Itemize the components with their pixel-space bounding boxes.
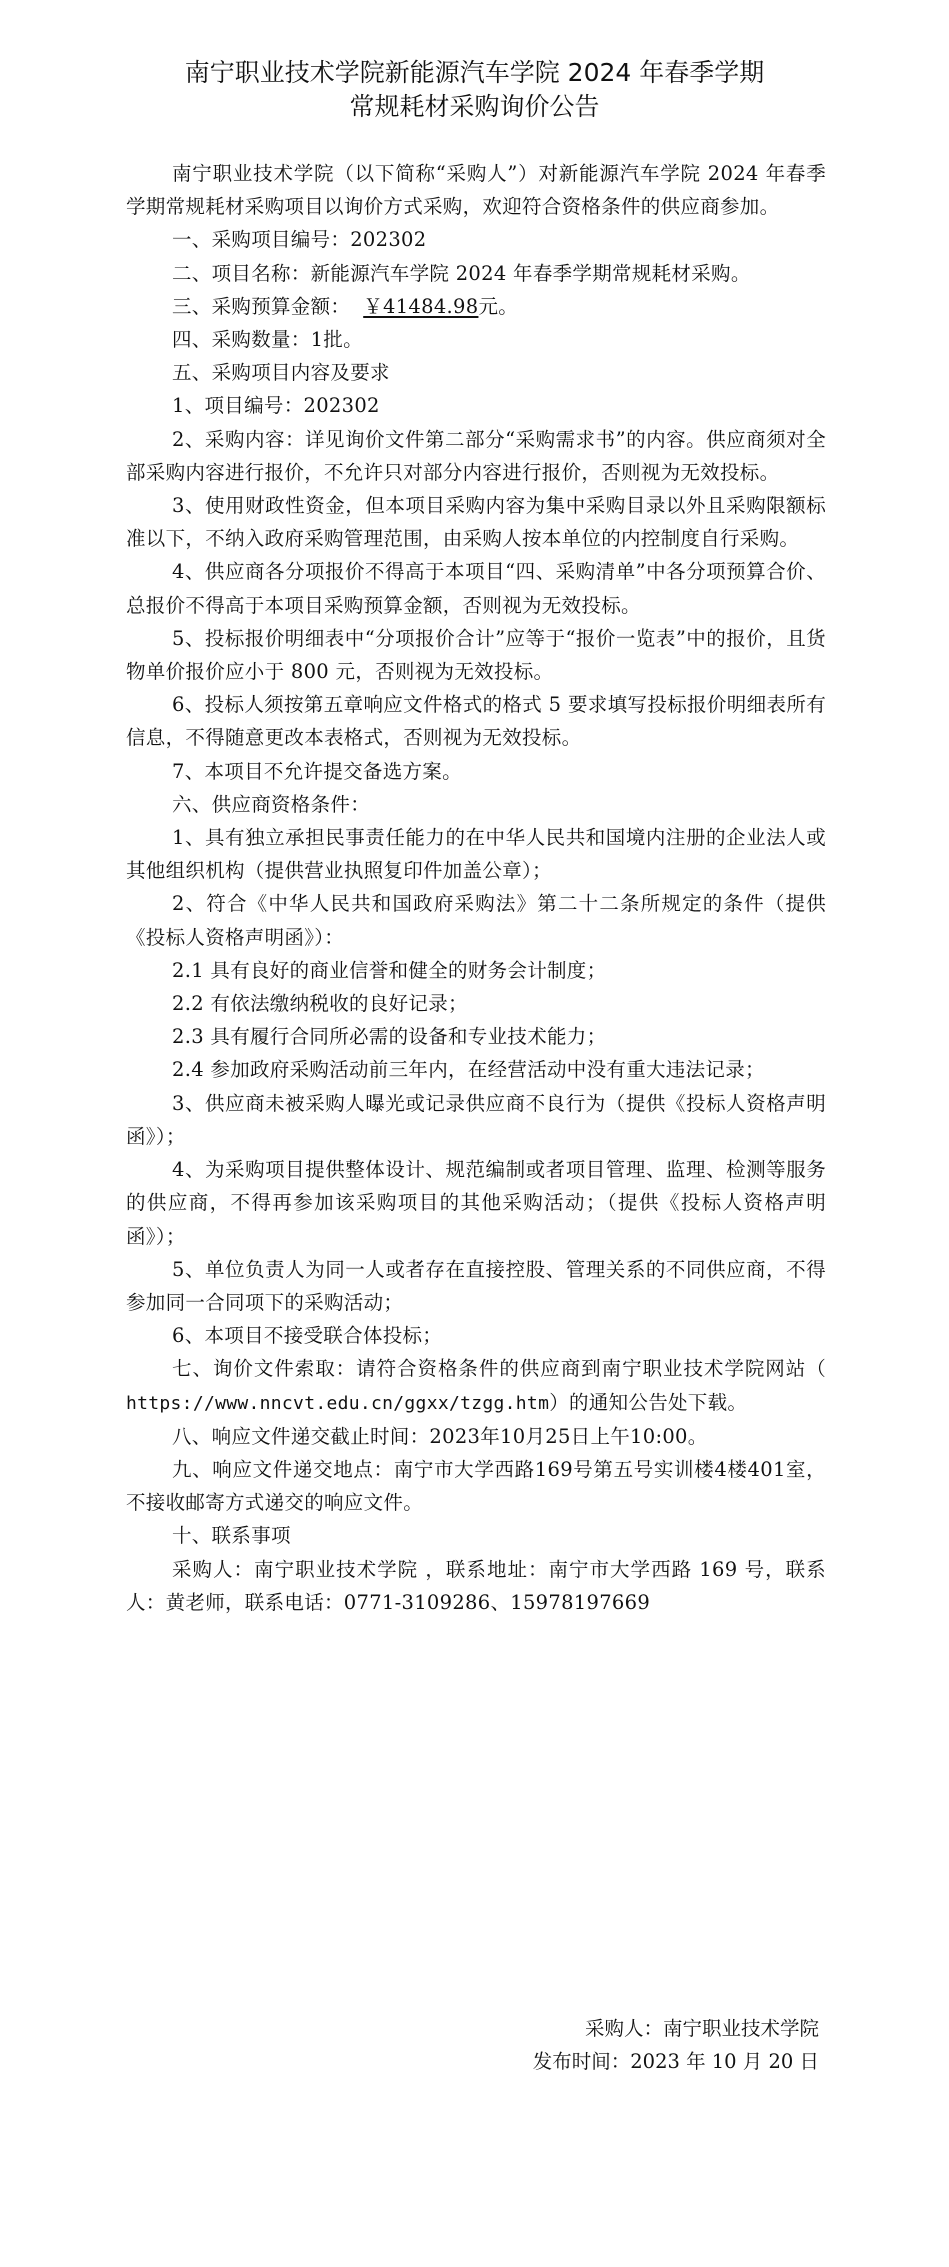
intro-paragraph: 南宁职业技术学院（以下简称“采购人”）对新能源汽车学院 2024 年春季学期常规… <box>126 157 826 223</box>
contact-heading: 十、联系事项 <box>126 1519 826 1552</box>
qualification-item: 2.3 具有履行合同所必需的设备和专业技术能力； <box>126 1020 826 1053</box>
signature-date: 发布时间：2023 年 10 月 20 日 <box>533 2045 819 2078</box>
content-item: 1、项目编号：202302 <box>126 389 826 422</box>
signature-purchaser: 采购人：南宁职业技术学院 <box>533 2012 819 2045</box>
deadline-line: 八、响应文件递交截止时间：2023年10月25日上午10:00。 <box>126 1420 826 1453</box>
download-text-post: ）的通知公告处下载。 <box>549 1391 747 1414</box>
qualification-item: 3、供应商未被采购人曝光或记录供应商不良行为（提供《投标人资格声明函》）； <box>126 1087 826 1153</box>
content-item: 4、供应商各分项报价不得高于本项目“四、采购清单”中各分项预算合价、总报价不得高… <box>126 555 826 621</box>
title-line-2: 常规耗材采购询价公告 <box>0 90 949 124</box>
document-download-line: 七、询价文件索取：请符合资格条件的供应商到南宁职业技术学院网站（ https:/… <box>126 1352 826 1419</box>
qualification-item: 6、本项目不接受联合体投标； <box>126 1319 826 1352</box>
content-item: 5、投标报价明细表中“分项报价合计”应等于“报价一览表”中的报价，且货物单价报价… <box>126 622 826 688</box>
title-line-1: 南宁职业技术学院新能源汽车学院 2024 年春季学期 <box>0 56 949 90</box>
section-content-heading: 五、采购项目内容及要求 <box>126 356 826 389</box>
budget-amount: ￥41484.98 <box>363 295 478 318</box>
location-line: 九、响应文件递交地点：南宁市大学西路169号第五号实训楼4楼401室，不接收邮寄… <box>126 1453 826 1519</box>
signature-block: 采购人：南宁职业技术学院 发布时间：2023 年 10 月 20 日 <box>533 2012 819 2078</box>
qualification-item: 2.2 有依法缴纳税收的良好记录； <box>126 987 826 1020</box>
content-item: 2、采购内容：详见询价文件第二部分“采购需求书”的内容。供应商须对全部采购内容进… <box>126 423 826 489</box>
qualification-item: 5、单位负责人为同一人或者存在直接控股、管理关系的不同供应商，不得参加同一合同项… <box>126 1253 826 1319</box>
project-number: 一、采购项目编号：202302 <box>126 223 826 256</box>
qualification-item: 4、为采购项目提供整体设计、规范编制或者项目管理、监理、检测等服务的供应商，不得… <box>126 1153 826 1253</box>
project-name: 二、项目名称：新能源汽车学院 2024 年春季学期常规耗材采购。 <box>126 257 826 290</box>
qualification-item: 2.4 参加政府采购活动前三年内，在经营活动中没有重大违法记录； <box>126 1053 826 1086</box>
content-item: 3、使用财政性资金，但本项目采购内容为集中采购目录以外且采购限额标准以下，不纳入… <box>126 489 826 555</box>
page-title: 南宁职业技术学院新能源汽车学院 2024 年春季学期 常规耗材采购询价公告 <box>0 56 949 124</box>
budget-label: 三、采购预算金额： <box>172 295 350 318</box>
budget-line: 三、采购预算金额： ￥41484.98元。 <box>126 290 826 323</box>
section-qualification-heading: 六、供应商资格条件： <box>126 788 826 821</box>
content-item: 7、本项目不允许提交备选方案。 <box>126 755 826 788</box>
qualification-item: 1、具有独立承担民事责任能力的在中华人民共和国境内注册的企业法人或其他组织机构（… <box>126 821 826 887</box>
announcement-page: 南宁职业技术学院新能源汽车学院 2024 年春季学期 常规耗材采购询价公告 南宁… <box>0 0 949 2267</box>
contact-details: 采购人：南宁职业技术学院 ，联系地址：南宁市大学西路 169 号，联系人：黄老师… <box>126 1553 826 1619</box>
qualification-item: 2、符合《中华人民共和国政府采购法》第二十二条所规定的条件（提供《投标人资格声明… <box>126 887 826 953</box>
budget-unit: 元。 <box>478 295 518 318</box>
announcement-body: 南宁职业技术学院（以下简称“采购人”）对新能源汽车学院 2024 年春季学期常规… <box>126 157 826 1619</box>
download-url-link[interactable]: https://www.nncvt.edu.cn/ggxx/tzgg.htm <box>126 1393 549 1414</box>
download-text-pre: 七、询价文件索取：请符合资格条件的供应商到南宁职业技术学院网站（ <box>172 1357 826 1380</box>
quantity-line: 四、采购数量：1批。 <box>126 323 826 356</box>
content-item: 6、投标人须按第五章响应文件格式的格式 5 要求填写投标报价明细表所有信息，不得… <box>126 688 826 754</box>
qualification-item: 2.1 具有良好的商业信誉和健全的财务会计制度； <box>126 954 826 987</box>
